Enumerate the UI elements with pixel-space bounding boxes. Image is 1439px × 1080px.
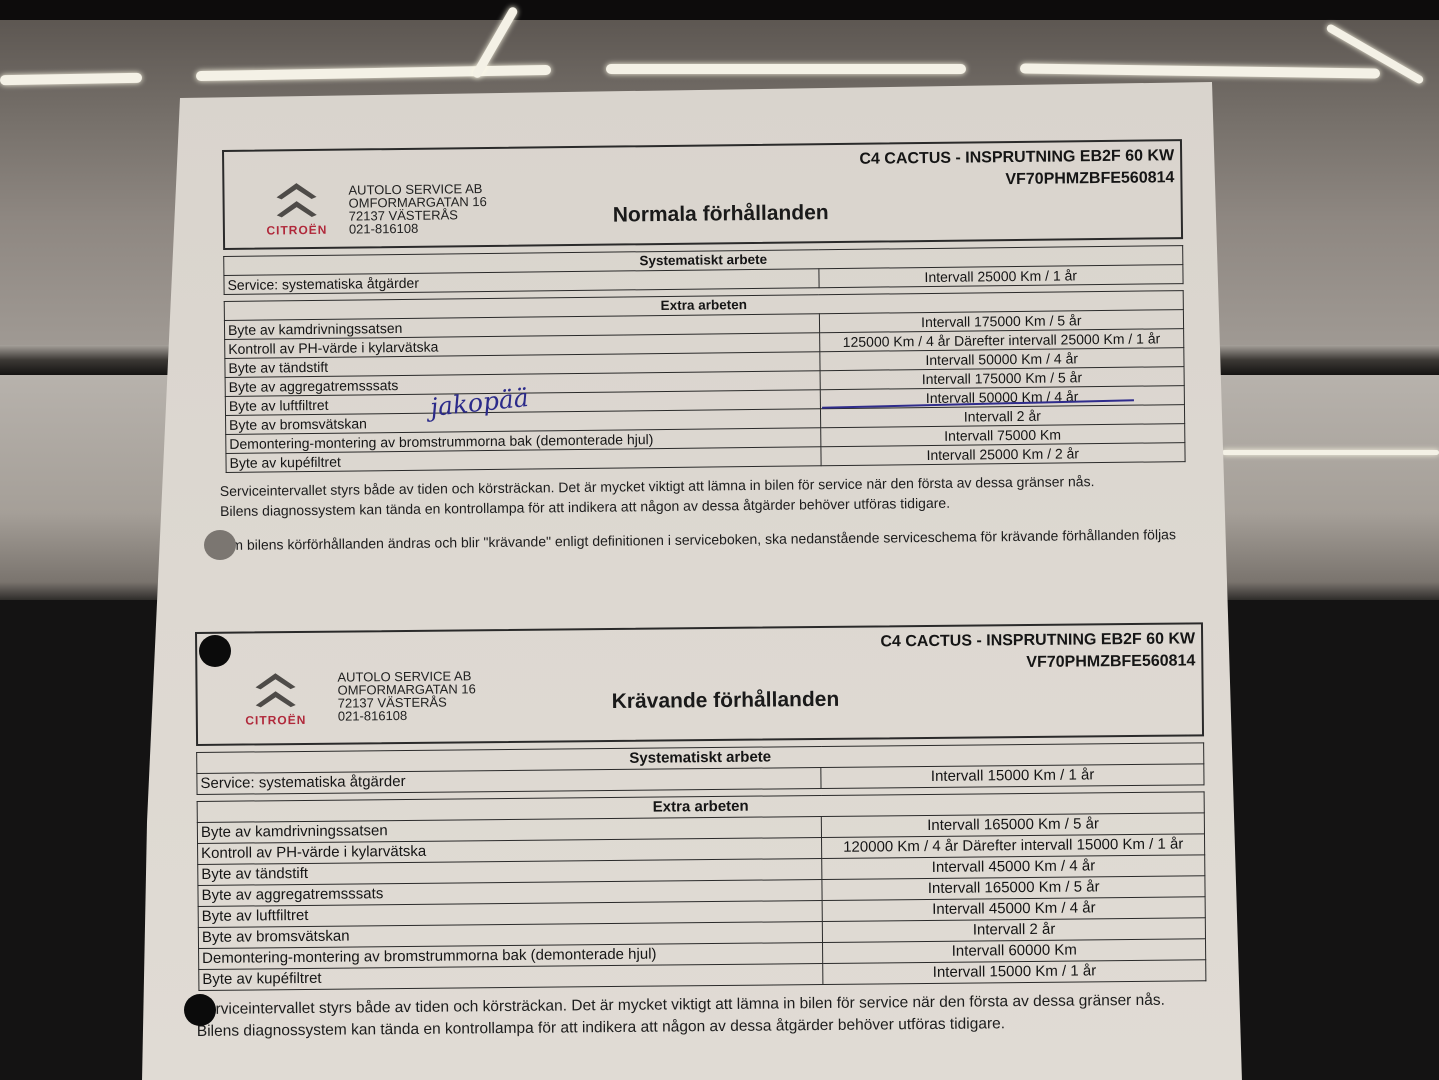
punch-hole: [184, 994, 216, 1026]
brand-name: CITROËN: [234, 713, 318, 728]
vehicle-info: C4 CACTUS - INSPRUTNING EB2F 60 KW VF70P…: [880, 628, 1195, 675]
document-header: CITROËN AUTOLO SERVICE AB OMFORMARGATAN …: [195, 622, 1204, 746]
systematic-work-table: Systematiskt arbete Service: systematisk…: [223, 245, 1183, 295]
car-roof-edge: [0, 0, 1439, 22]
extra-work-table: Extra arbeten Byte av kamdrivningssatsen…: [197, 791, 1207, 991]
dealer-address: AUTOLO SERVICE AB OMFORMARGATAN 16 72137…: [337, 669, 476, 722]
citroen-chevron-icon: [252, 669, 298, 711]
service-schedule-demanding: CITROËN AUTOLO SERVICE AB OMFORMARGATAN …: [195, 622, 1207, 1043]
document-header: CITROËN AUTOLO SERVICE AB OMFORMARGATAN …: [222, 139, 1183, 250]
citroen-logo: CITROËN: [233, 669, 318, 728]
punch-hole: [199, 635, 231, 667]
punch-hole: [204, 530, 236, 560]
vehicle-model: C4 CACTUS - INSPRUTNING EB2F 60 KW: [880, 628, 1195, 653]
light-reflection: [1222, 450, 1439, 455]
light-reflection: [606, 64, 966, 74]
vehicle-info: C4 CACTUS - INSPRUTNING EB2F 60 KW VF70P…: [859, 145, 1174, 193]
extra-work-table: Extra arbeten Byte av kamdrivningssatsen…: [224, 290, 1186, 473]
task-interval: Intervall 25000 Km / 2 år: [820, 443, 1185, 466]
vehicle-vin: VF70PHMZBFE560814: [860, 167, 1175, 193]
task-interval: Intervall 25000 Km / 1 år: [818, 265, 1183, 288]
task-interval: Intervall 15000 Km / 1 år: [821, 764, 1204, 789]
task-interval: Intervall 15000 Km / 1 år: [823, 960, 1206, 985]
service-notes: Serviceintervallet styrs både av tiden o…: [220, 470, 1187, 555]
citroen-chevron-icon: [273, 179, 319, 222]
task-interval: 120000 Km / 4 år Därefter intervall 1500…: [822, 834, 1205, 859]
vehicle-vin: VF70PHMZBFE560814: [881, 650, 1196, 675]
dealer-phone: 021-816108: [349, 221, 487, 236]
dealer-phone: 021-816108: [338, 708, 476, 722]
citroen-logo: CITROËN: [254, 179, 339, 238]
brand-name: CITROËN: [255, 223, 339, 238]
dealer-address: AUTOLO SERVICE AB OMFORMARGATAN 16 72137…: [348, 182, 487, 236]
document-title: Normala förhållanden: [613, 201, 829, 227]
service-schedule-normal: CITROËN AUTOLO SERVICE AB OMFORMARGATAN …: [222, 139, 1187, 555]
systematic-work-table: Systematiskt arbete Service: systematisk…: [196, 742, 1204, 795]
document-title: Krävande förhållanden: [612, 688, 840, 714]
